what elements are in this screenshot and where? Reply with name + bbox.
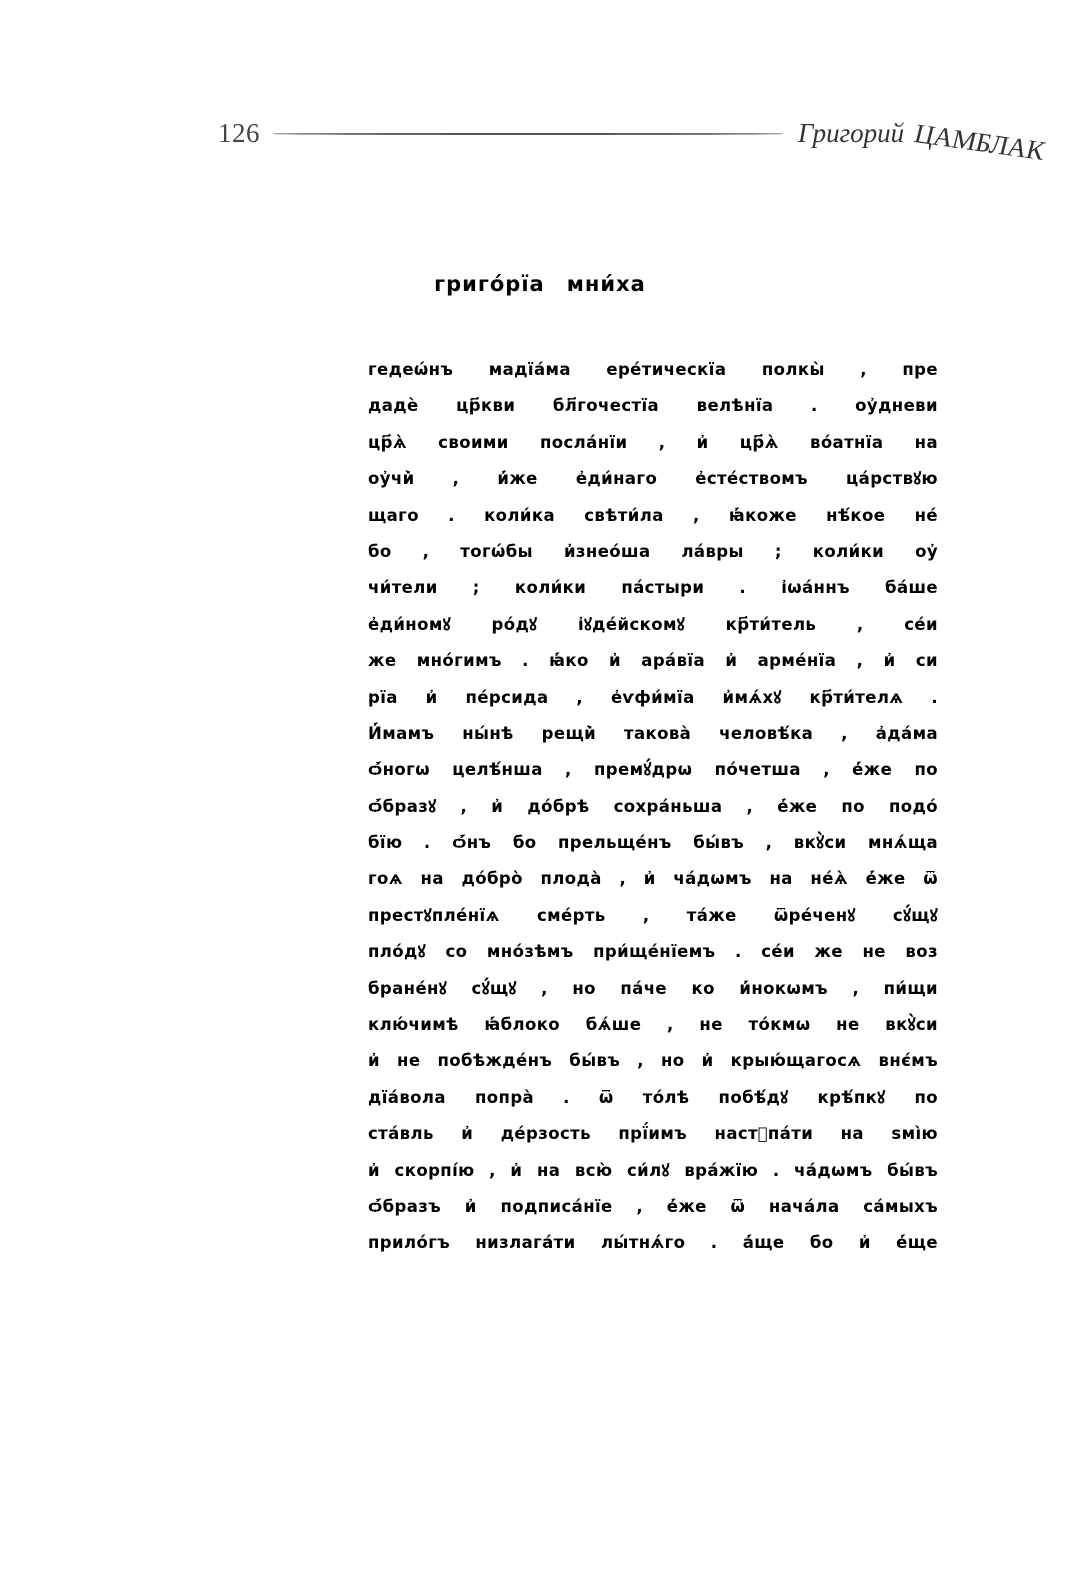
manuscript-title-word: григо́рїа — [434, 272, 545, 296]
manuscript-line: е҆ди́номꙋ ро́дꙋ і҆ꙋде́йскомꙋ кр҃ти́тель … — [368, 607, 938, 643]
manuscript-line: цр҃ѧ̀ своими посла́нїи , и҆ цр҃ѧ̀ во́атн… — [368, 425, 938, 461]
manuscript-line: бо , тогѡ́бы и҆҆знео́ша ла́вры ; коли́ки… — [368, 534, 938, 570]
running-head: 126 Григорий ЦАМБЛАК — [218, 112, 1028, 182]
manuscript-title: григо́рїамни́ха — [0, 272, 1080, 296]
manuscript-line: рїа и҆ пе́рсида , е҆ѵфи́мїа и҆мѧ́хꙋ кр҃т… — [368, 680, 938, 716]
manuscript-line: ѻ҆́ногѡ целѣ́нша , премꙋ́дрѡ по́четша , … — [368, 752, 938, 788]
manuscript-line: бране́нꙋ сꙋ́щꙋ , но па́че ко и҆́нокѡмъ ,… — [368, 971, 938, 1007]
manuscript-line: дадѐ цр҃кви бл҃гочестїа велѣнїа . оу҆дне… — [368, 388, 938, 424]
manuscript-line: ѻ҆́бразъ и҆ подписа́нїе , е҆́же ѿ нача́л… — [368, 1189, 938, 1225]
manuscript-line: дїа́вола попра̀ . ѿ то́лѣ побѣ́дꙋ крѣ́пк… — [368, 1080, 938, 1116]
author-first-name: Григорий — [798, 118, 904, 148]
header-rule — [273, 133, 783, 135]
manuscript-title-word: мни́ха — [567, 272, 646, 296]
manuscript-line: ста́вль и҆ де́рзость прї́имъ наст꙽па́ти … — [368, 1116, 938, 1152]
page-number: 126 — [218, 118, 260, 149]
author-surname: ЦАМБЛАК — [911, 118, 1047, 166]
manuscript-line: гоѧ на до́бро̀ плода̀ , и҆ ча́дѡмъ на не… — [368, 861, 938, 897]
manuscript-line: пло́дꙋ со мно́зѣмъ при́ще́нїемъ . се́и ж… — [368, 934, 938, 970]
manuscript-line: престꙋпле́нїѧ сме́рть , та́же ѿре́ченꙋ с… — [368, 898, 938, 934]
manuscript-line: щаго . коли́ка свѣти́ла , ꙗ҆́коже нѣ́кое… — [368, 498, 938, 534]
manuscript-line: и҆ не побѣжде́нъ бы́въ , но и҆ крыю́щаго… — [368, 1043, 938, 1079]
manuscript-line: ѻ҆́бразꙋ , и҆ до́брѣ сохра́ньша , е҆́же … — [368, 789, 938, 825]
manuscript-line: прило́гъ низлага́ти лы́тнѧ́го . а҆́ще бо… — [368, 1225, 938, 1261]
manuscript-text-block: гедеѡ́нъ мадїа́ма ере́тическїа полкы̀ , … — [368, 352, 938, 1262]
manuscript-line: же мно́гимъ . ꙗ҆́ко и҆ ара́вїа и҆ арме́н… — [368, 643, 938, 679]
manuscript-line: и҆ скорпі́ю , и҆ на всю̀ си́лꙋ вра́жїю .… — [368, 1153, 938, 1189]
manuscript-line: бїю . ѻ҆́нъ бо прельще́нъ бы́въ , вкꙋ̀си… — [368, 825, 938, 861]
manuscript-line: чи́тели ; коли́ки па́стыри . і҆ѡа́ннъ ба… — [368, 570, 938, 606]
manuscript-line: клю́чимѣ ꙗ҆́блоко бѧ́ше , не то́кмѡ не в… — [368, 1007, 938, 1043]
manuscript-line: гедеѡ́нъ мадїа́ма ере́тическїа полкы̀ , … — [368, 352, 938, 388]
manuscript-line: оу҆чи̇̀ , и҆́же е҆ди́наго е҆сте́ствомъ ц… — [368, 461, 938, 497]
author-name: Григорий ЦАМБЛАК — [798, 118, 1045, 149]
manuscript-line: И҆́мамъ ны́нѣ рещи̇̀ такова̀ человѣ́ка ,… — [368, 716, 938, 752]
